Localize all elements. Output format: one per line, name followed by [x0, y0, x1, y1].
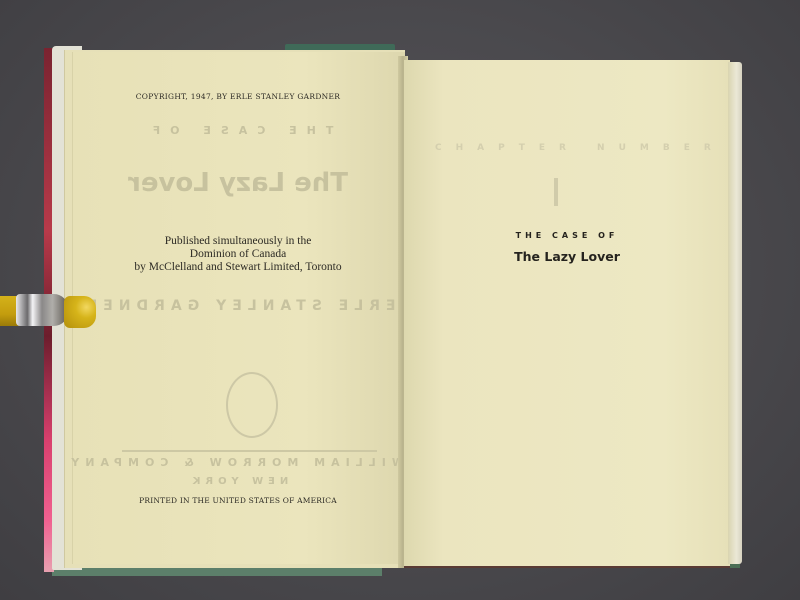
half-title: The Lazy Lover: [404, 249, 730, 264]
printed-in-notice: PRINTED IN THE UNITED STATES OF AMERICA: [72, 496, 404, 505]
publication-line: Published simultaneously in the: [72, 235, 404, 248]
bleed-through-author: ERLE STANLEY GARDNER: [72, 298, 404, 314]
bleed-through-rule: [122, 450, 377, 452]
bleed-through-emblem-icon: [226, 372, 278, 438]
publication-line: by McClelland and Stewart Limited, Toron…: [72, 261, 404, 274]
right-page: [404, 60, 730, 568]
publication-note: Published simultaneously in the Dominion…: [72, 235, 404, 274]
bleed-through-chapter-header: CHAPTER NUMBER: [435, 143, 685, 153]
bleed-through-city: NEW YORK: [72, 476, 404, 487]
publication-line: Dominion of Canada: [72, 248, 404, 261]
bleed-through-title: The Lazy Lover: [72, 168, 404, 198]
clip-yellow-tip: [64, 296, 96, 328]
bleed-through-case-of: THE CASE OF: [72, 124, 404, 137]
clip-metal-jaw: [16, 294, 68, 326]
half-title-case-of: THE CASE OF: [404, 231, 730, 240]
bleed-through-publisher: WILLIAM MORROW & COMPANY: [72, 456, 404, 469]
copyright-notice: COPYRIGHT, 1947, BY ERLE STANLEY GARDNER: [72, 92, 404, 101]
bleed-through-chapter-number: [554, 178, 558, 206]
right-page-edges: [728, 62, 742, 564]
binder-clip-icon: [0, 294, 96, 330]
